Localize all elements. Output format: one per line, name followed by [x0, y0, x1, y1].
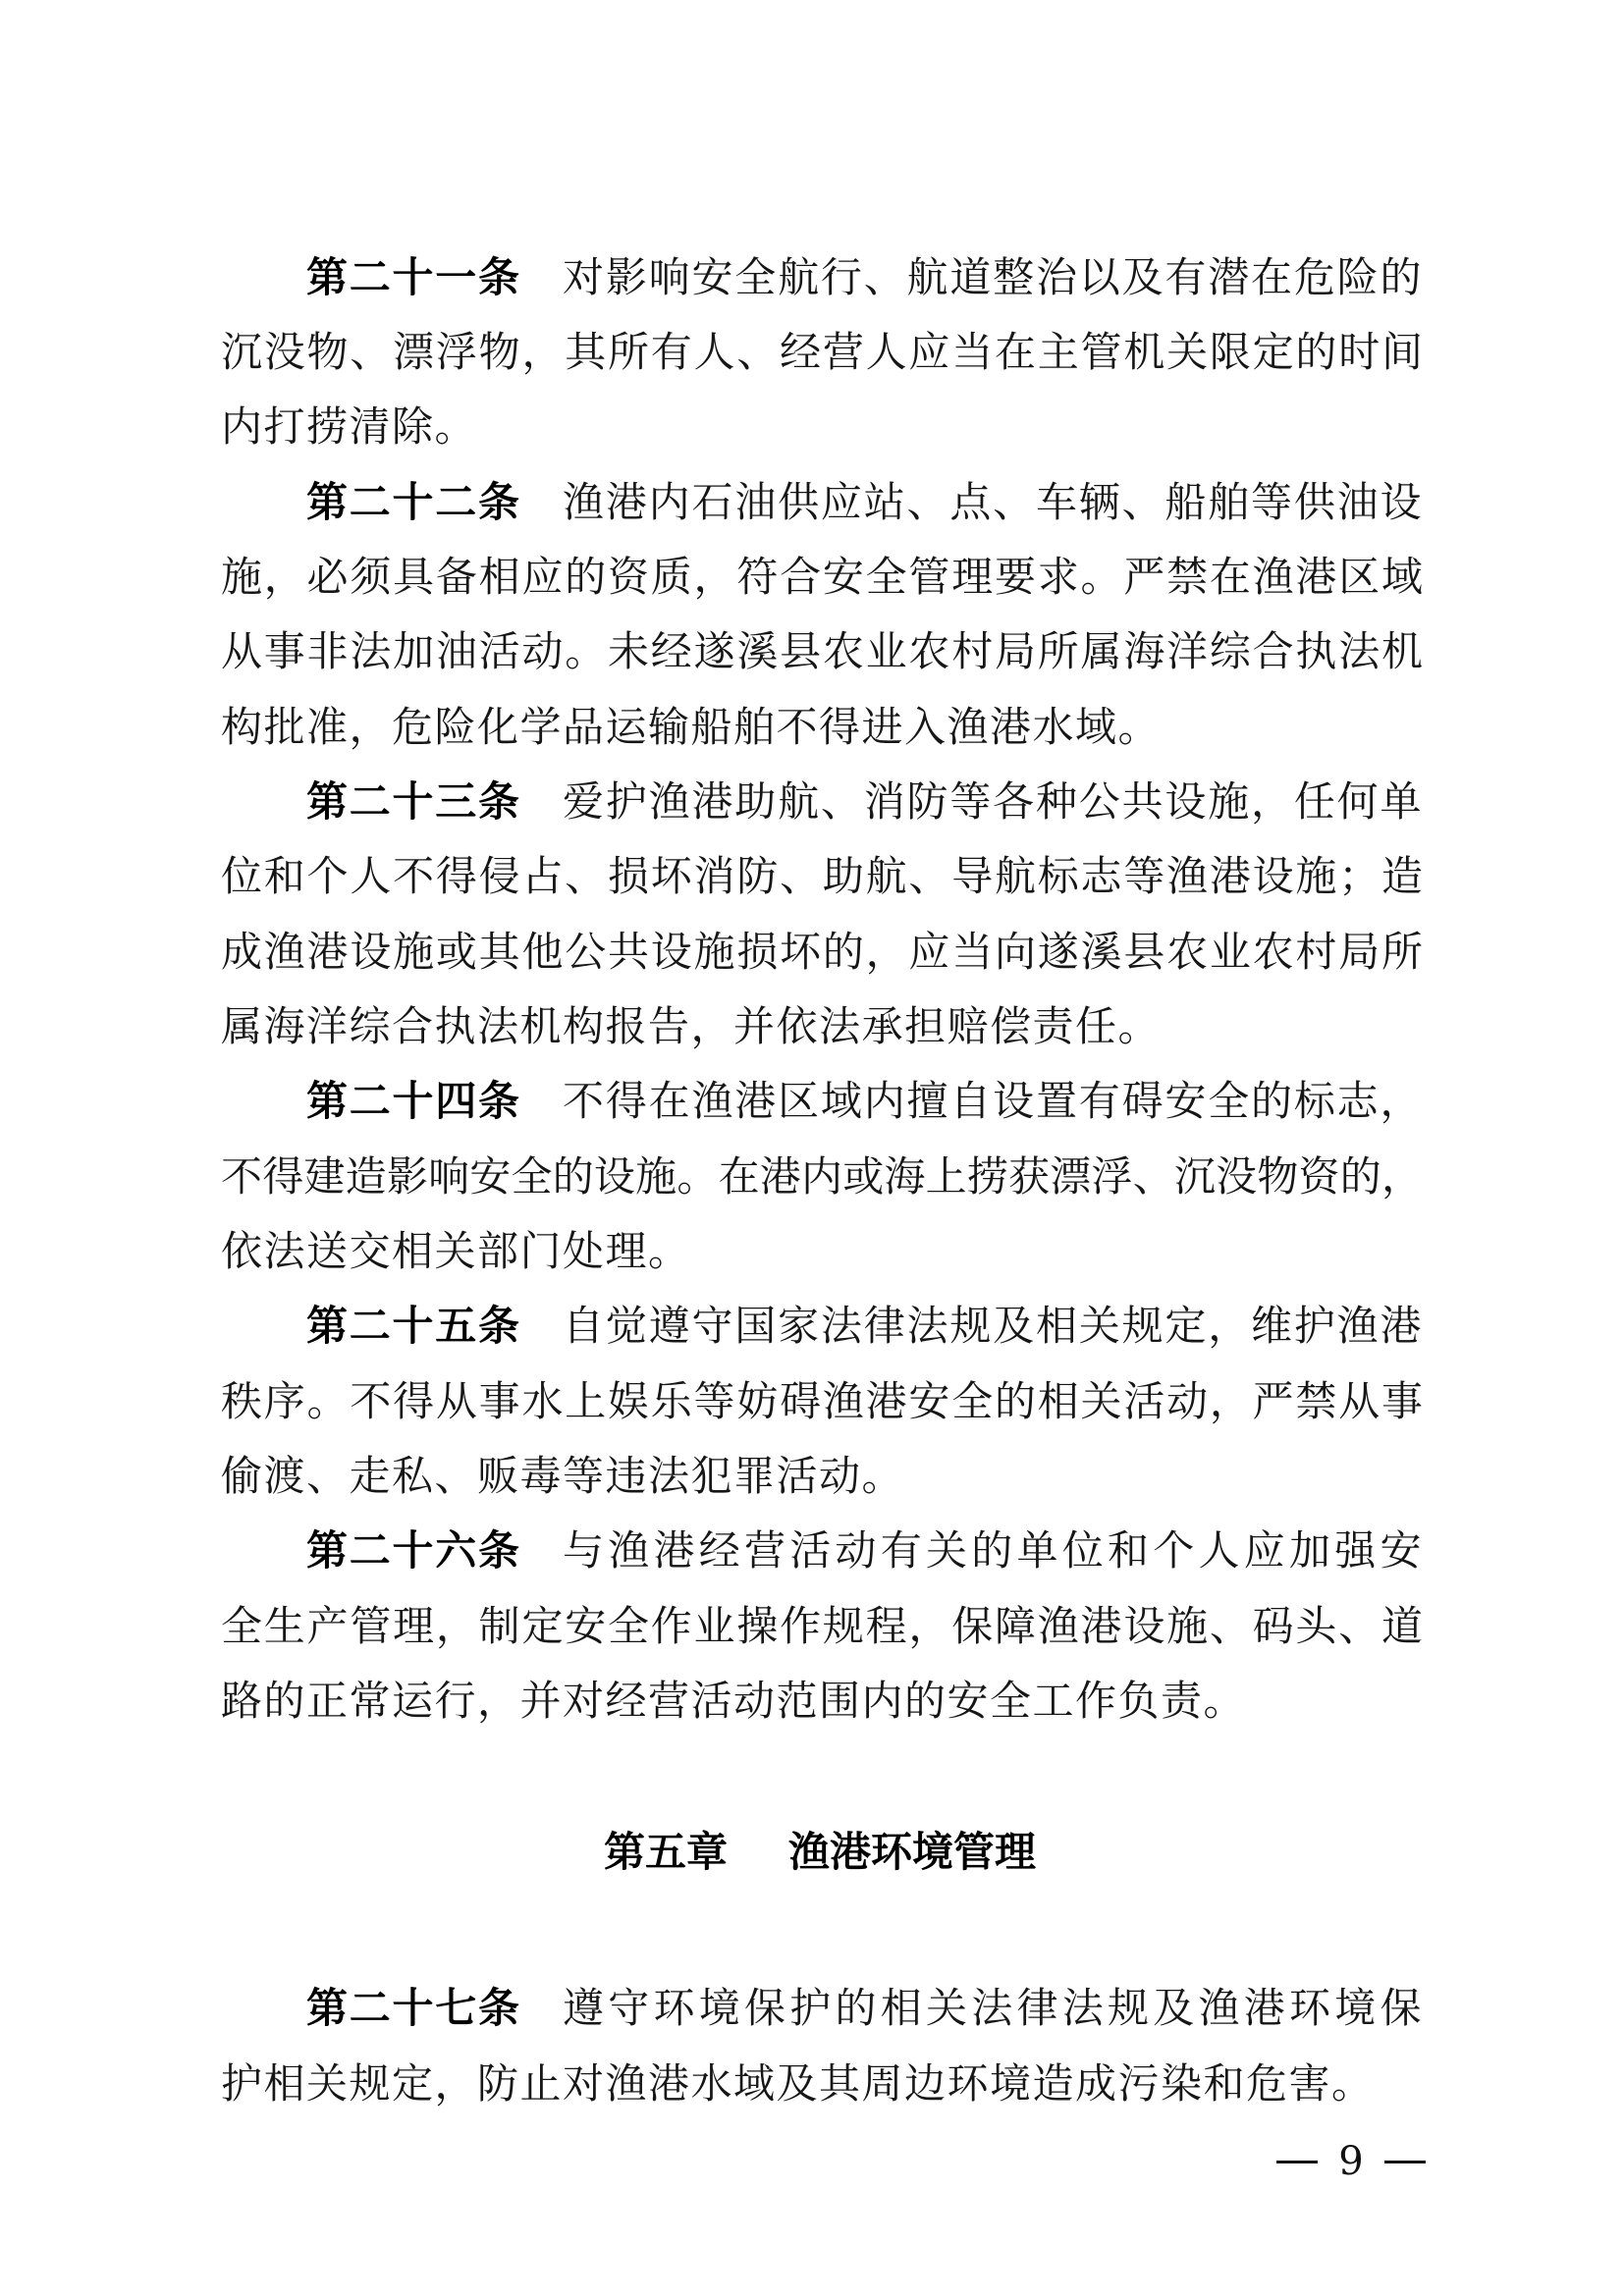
- article-22-line: 从事非法加油活动。未经遂溪县农业农村局所属海洋综合执法机: [221, 622, 1423, 681]
- article-24-line: 不得建造影响安全的设施。在港内或海上捞获漂浮、沉没物资的，: [221, 1148, 1423, 1206]
- article-text: 遵守环境保护的相关法律法规及渔港环境保: [563, 1979, 1423, 2038]
- article-27-line: 护相关规定，防止对渔港水域及其周边环境造成污染和危害。: [221, 2055, 1423, 2113]
- article-24-line: 依法送交相关部门处理。: [221, 1222, 1423, 1281]
- article-23-line: 成渔港设施或其他公共设施损坏的，应当向遂溪县农业农村局所: [221, 923, 1423, 982]
- article-22-line: 构批准，危险化学品运输船舶不得进入渔港水域。: [221, 698, 1423, 757]
- page-number: 9: [1276, 2140, 1426, 2183]
- dash-left-icon: [1276, 2161, 1318, 2163]
- article-label: 第二十五条: [306, 1297, 519, 1356]
- article-25-line: 秩序。不得从事水上娱乐等妨碍渔港安全的相关活动，严禁从事: [221, 1372, 1423, 1431]
- article-26-line: 路的正常运行，并对经营活动范围内的安全工作负责。: [221, 1672, 1423, 1731]
- article-21-first-line: 第二十一条 对影响安全航行、航道整治以及有潜在危险的: [306, 248, 1423, 307]
- article-label: 第二十七条: [306, 1979, 519, 2038]
- article-label: 第二十六条: [306, 1522, 519, 1580]
- article-21-line: 沉没物、漂浮物，其所有人、经营人应当在主管机关限定的时间: [221, 323, 1423, 382]
- article-text: 对影响安全航行、航道整治以及有潜在危险的: [563, 248, 1423, 307]
- article-label: 第二十四条: [306, 1072, 519, 1131]
- article-21-line: 内打捞清除。: [221, 398, 1423, 456]
- article-26-first-line: 第二十六条 与渔港经营活动有关的单位和个人应加强安: [306, 1522, 1423, 1580]
- article-text: 爱护渔港助航、消防等各种公共设施，任何单: [563, 773, 1423, 831]
- chapter-heading: 第五章 渔港环境管理: [604, 1823, 1036, 1882]
- article-text: 不得在渔港区域内擅自设置有碍安全的标志，: [563, 1072, 1423, 1131]
- article-25-line: 偷渡、走私、贩毒等违法犯罪活动。: [221, 1447, 1423, 1506]
- article-text: 渔港内石油供应站、点、车辆、船舶等供油设: [563, 473, 1423, 532]
- page-number-value: 9: [1338, 2140, 1363, 2183]
- article-label: 第二十二条: [306, 473, 519, 532]
- article-25-first-line: 第二十五条 自觉遵守国家法律法规及相关规定，维护渔港: [306, 1297, 1423, 1356]
- dash-right-icon: [1384, 2161, 1426, 2163]
- document-page: 第二十一条 对影响安全航行、航道整治以及有潜在危险的 沉没物、漂浮物，其所有人、…: [0, 0, 1624, 2296]
- article-23-line: 属海洋综合执法机构报告，并依法承担赔偿责任。: [221, 997, 1423, 1056]
- article-23-first-line: 第二十三条 爱护渔港助航、消防等各种公共设施，任何单: [306, 773, 1423, 831]
- article-23-line: 位和个人不得侵占、损坏消防、助航、导航标志等渔港设施；造: [221, 847, 1423, 906]
- chapter-title: 渔港环境管理: [788, 1823, 1036, 1882]
- article-label: 第二十三条: [306, 773, 519, 831]
- article-22-line: 施，必须具备相应的资质，符合安全管理要求。严禁在渔港区域: [221, 548, 1423, 607]
- chapter-number: 第五章: [604, 1823, 728, 1882]
- article-text: 自觉遵守国家法律法规及相关规定，维护渔港: [563, 1297, 1423, 1356]
- article-text: 与渔港经营活动有关的单位和个人应加强安: [563, 1522, 1423, 1580]
- article-22-first-line: 第二十二条 渔港内石油供应站、点、车辆、船舶等供油设: [306, 473, 1423, 532]
- article-24-first-line: 第二十四条 不得在渔港区域内擅自设置有碍安全的标志，: [306, 1072, 1423, 1131]
- article-27-first-line: 第二十七条 遵守环境保护的相关法律法规及渔港环境保: [306, 1979, 1423, 2038]
- article-26-line: 全生产管理，制定安全作业操作规程，保障渔港设施、码头、道: [221, 1597, 1423, 1656]
- article-label: 第二十一条: [306, 248, 519, 307]
